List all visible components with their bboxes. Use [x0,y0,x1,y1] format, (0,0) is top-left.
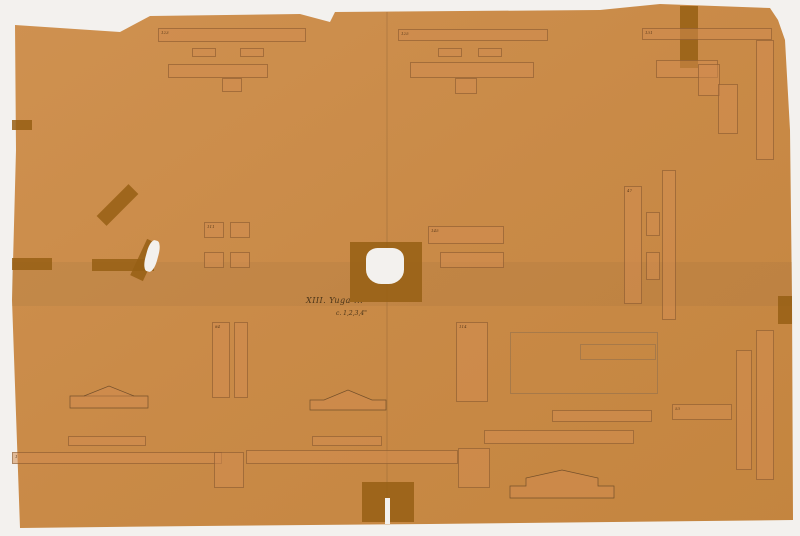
plot-cell [168,64,268,78]
paper-hole [366,248,404,284]
plot-cell [718,84,738,134]
plot-cell: 1 [12,452,222,464]
plot-cell [478,48,502,57]
tape-strip [12,120,32,130]
plot-cell [68,436,146,446]
plot-cell [204,252,224,268]
tape-strip [778,296,792,324]
plot-cell: 145 [428,226,504,244]
plot-cell: 125 [398,29,548,41]
center-subtitle: c. 1,2,3,4" [336,310,367,317]
paper-tear [385,498,390,524]
plot-cell [222,78,242,92]
plan-sheet: 123 125 131 111 145 47 84 114 1 [0,0,800,536]
elevation-left [64,384,154,410]
plot-cell: 84 [212,322,230,398]
pencil-grid [510,332,658,394]
plot-cell [440,252,504,268]
plot-cell [756,330,774,480]
plot-cell: 114 [456,322,488,402]
plot-cell [646,252,660,280]
plot-cell [438,48,462,57]
plot-cell [662,170,676,320]
plot-cell: 47 [624,186,642,304]
plot-cell [410,62,534,78]
plot-cell [646,212,660,236]
plot-cell [698,64,720,96]
plot-cell [458,448,490,488]
plot-cell [484,430,634,444]
plot-cell: 53 [672,404,732,420]
plot-cell [455,78,477,94]
elevation-center [306,388,390,412]
plot-cell [312,436,382,446]
plot-cell: 131 [642,28,772,40]
plot-cell [246,450,458,464]
plot-cell [240,48,264,57]
plot-cell [234,322,248,398]
plot-cell [230,252,250,268]
elevation-bottom-right [506,468,618,500]
plot-cell [736,350,752,470]
tape-strip [12,258,52,270]
plot-cell: 123 [158,28,306,42]
center-title: XIII. Yuga ... [306,296,363,305]
plot-cell [552,410,652,422]
plot-cell: 111 [204,222,224,238]
plot-cell [230,222,250,238]
pencil-grid [580,344,656,360]
plot-cell [756,40,774,160]
plot-cell [214,452,244,488]
plot-cell [192,48,216,57]
